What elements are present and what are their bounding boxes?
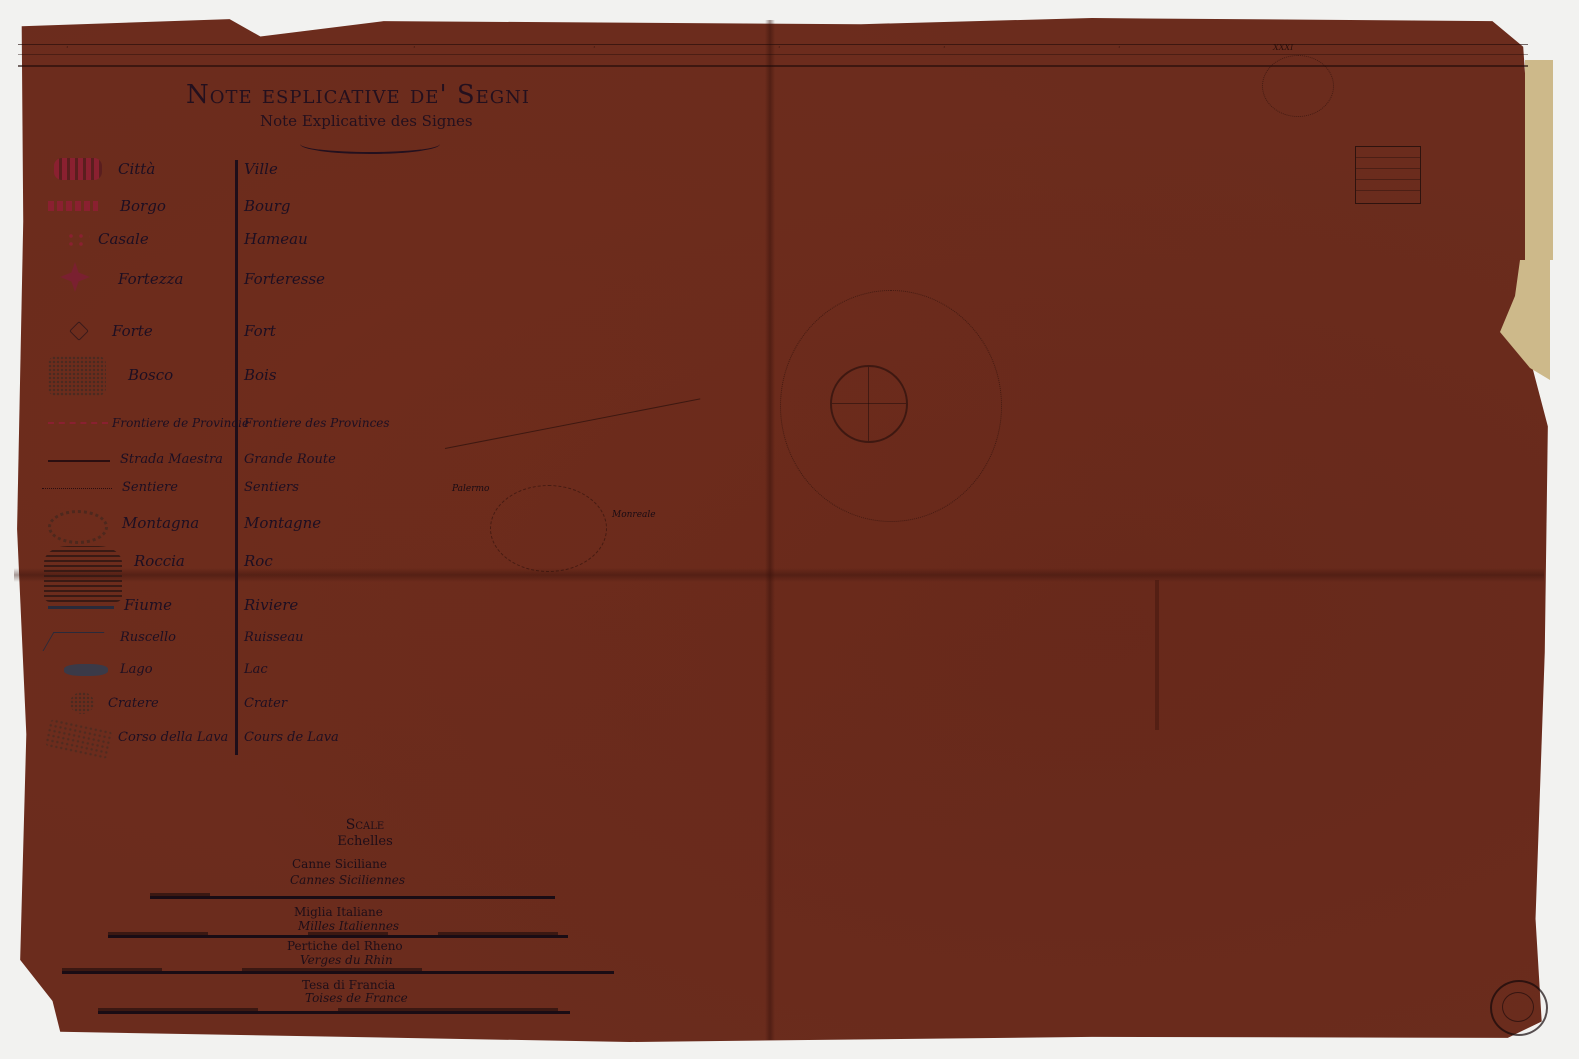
scale-bar-miglia (108, 935, 568, 938)
legend-item: Cratere Crater (40, 692, 380, 722)
fold-crease-secondary (1155, 580, 1159, 730)
scale-bar-tesa (98, 1011, 570, 1014)
fort-icon (69, 321, 89, 341)
stream-icon (43, 632, 105, 651)
legend-item: Città Ville (40, 156, 380, 186)
fold-crease-vertical (765, 20, 775, 1040)
legend-item: Roccia Roc (40, 548, 380, 578)
legend-item: Casale Hameau (40, 226, 380, 256)
legend-item: Borgo Bourg (40, 193, 380, 223)
border-mark: XXXI (1273, 43, 1293, 52)
legend-item: Bosco Bois (40, 362, 380, 392)
legend-item: Forte Fort (40, 318, 380, 348)
place-label-palermo: Palermo (452, 484, 489, 494)
main-road-icon (48, 460, 110, 462)
archive-seal (1490, 980, 1548, 1036)
crater-icon (70, 692, 94, 714)
legend-item: Ruscello Ruisseau (40, 626, 380, 656)
city-icon (54, 158, 102, 180)
borough-icon (48, 201, 98, 211)
scale-label-it: Tesa di Francia (302, 978, 395, 992)
legend-item: Frontiere de Provincie Frontiere des Pro… (40, 412, 380, 442)
scale-bar-pertiche (62, 971, 614, 974)
path-icon (42, 488, 112, 489)
compass-rose-sketch (830, 365, 908, 443)
hamlet-icon (66, 232, 90, 246)
scale-label-fr: Verges du Rhin (300, 953, 393, 967)
province-border-icon (48, 422, 108, 424)
scale-label-fr: Cannes Siciliennes (290, 873, 405, 887)
lake-icon (64, 664, 108, 676)
scale-label-fr: Toises de France (305, 991, 408, 1005)
river-icon (48, 606, 114, 609)
torn-edge (1525, 60, 1553, 260)
forest-icon (48, 356, 106, 396)
legend-item: Fiume Riviere (40, 592, 380, 622)
scale-label-it: Canne Siciliane (292, 857, 387, 871)
legend-item: Montagna Montagne (40, 510, 380, 540)
scale-subtitle: Echelles (315, 834, 415, 849)
mountain-icon (48, 510, 108, 544)
fortress-icon (60, 262, 90, 292)
flourish-ornament (300, 134, 440, 154)
place-label-monreale: Monreale (612, 510, 656, 520)
scale-bar-canne (150, 896, 555, 899)
scale-label-it: Miglia Italiane (294, 905, 383, 919)
legend-title: Note esplicative de' Segni (186, 80, 530, 110)
scale-title: Scale (315, 817, 415, 833)
legend-subtitle: Note Explicative des Signes (260, 112, 473, 130)
legend-item: Fortezza Forteresse (40, 266, 380, 296)
legend-item: Corso della Lava Cours de Lava (40, 726, 380, 756)
legend-item: Sentiere Sentiers (40, 476, 380, 506)
legend-item: Strada Maestra Grande Route (40, 448, 380, 478)
corner-sketch (1262, 55, 1334, 117)
scale-label-it: Pertiche del Rheno (287, 939, 403, 953)
legend-item: Lago Lac (40, 658, 380, 688)
scale-label-fr: Milles Italiennes (298, 919, 399, 933)
scale-section: Scale Echelles Canne Siciliane Cannes Si… (40, 815, 640, 1035)
city-sketch (490, 485, 607, 572)
archive-stamp (1355, 146, 1421, 204)
